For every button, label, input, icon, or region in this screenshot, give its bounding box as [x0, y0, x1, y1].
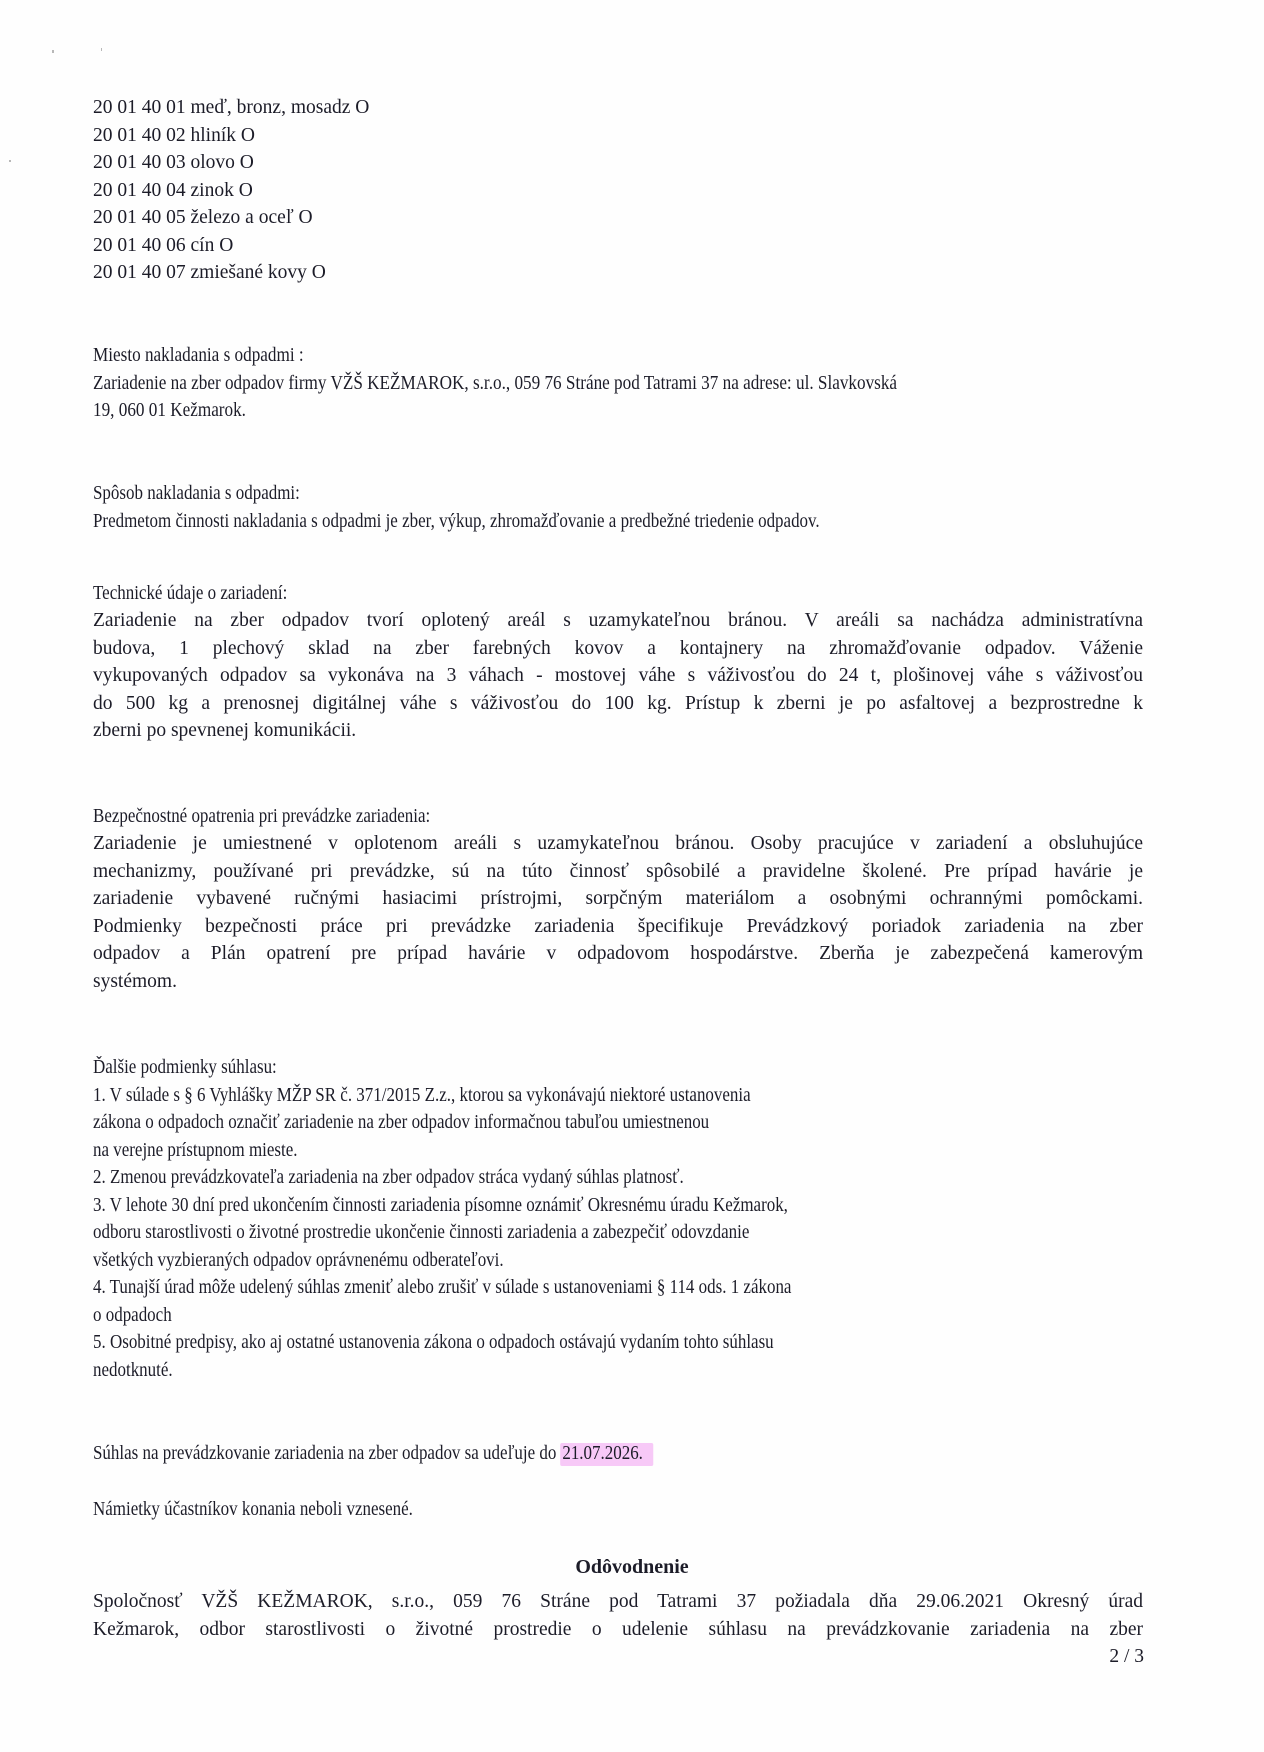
technical-line: budova, 1 plechový sklad na zber farebný…: [93, 635, 1143, 663]
technical-body: Zariadenie na zber odpadov tvorí oploten…: [93, 607, 1143, 745]
conditions-heading: Ďalšie podmienky súhlasu:: [93, 1054, 791, 1082]
technical-heading-wrap: Technické údaje o zariadení:: [93, 580, 316, 608]
technical-line: Zariadenie na zber odpadov tvorí oploten…: [93, 607, 1143, 635]
justification-heading: Odôvodnenie: [0, 1556, 1264, 1579]
validity-date-highlight: 21.07.2026.: [561, 1443, 654, 1466]
condition-line: 1. V súlade s § 6 Vyhlášky MŽP SR č. 371…: [93, 1082, 791, 1110]
condition-line: odboru starostlivosti o životné prostred…: [93, 1219, 791, 1247]
condition-line: o odpadoch: [93, 1302, 791, 1330]
method-text: Predmetom činnosti nakladania s odpadmi …: [93, 508, 820, 536]
scan-speck: [9, 160, 11, 162]
page-number: 2 / 3: [1109, 1646, 1144, 1668]
document-page: 20 01 40 01 meď, bronz, mosadz O 20 01 4…: [0, 0, 1264, 1752]
safety-body: Zariadenie je umiestnené v oplotenom are…: [93, 830, 1143, 995]
technical-line: do 500 kg a prenosnej digitálnej váhe s …: [93, 690, 1143, 718]
condition-line: na verejne prístupnom mieste.: [93, 1137, 791, 1165]
waste-code-item: 20 01 40 04 zinok O: [93, 177, 369, 205]
safety-line: Zariadenie je umiestnené v oplotenom are…: [93, 830, 1143, 858]
objections-statement: Námietky účastníkov konania neboli vznes…: [93, 1496, 461, 1524]
waste-code-list: 20 01 40 01 meď, bronz, mosadz O 20 01 4…: [93, 94, 369, 287]
conditions-section: Ďalšie podmienky súhlasu: 1. V súlade s …: [93, 1054, 896, 1384]
method-heading: Spôsob nakladania s odpadmi:: [93, 480, 820, 508]
safety-line: Podmienky bezpečnosti práce pri prevádzk…: [93, 913, 1143, 941]
waste-code-item: 20 01 40 01 meď, bronz, mosadz O: [93, 94, 369, 122]
safety-line: zariadenie vybavené ručnými hasiacimi pr…: [93, 885, 1143, 913]
location-line: 19, 060 01 Kežmarok.: [93, 397, 897, 425]
scan-speck: [52, 50, 54, 53]
technical-line: zberni po spevnenej komunikácii.: [93, 717, 1143, 745]
technical-line: vykupovaných odpadov sa vykonáva na 3 vá…: [93, 662, 1143, 690]
safety-heading-wrap: Bezpečnostné opatrenia pri prevádzke zar…: [93, 803, 481, 831]
method-section: Spôsob nakladania s odpadmi: Predmetom č…: [93, 480, 928, 535]
condition-line: 4. Tunajší úrad môže udelený súhlas zmen…: [93, 1274, 791, 1302]
waste-code-item: 20 01 40 06 cín O: [93, 232, 369, 260]
condition-line: 5. Osobitné predpisy, ako aj ostatné ust…: [93, 1329, 791, 1357]
condition-line: zákona o odpadoch označiť zariadenie na …: [93, 1109, 791, 1137]
justification-body: Spoločnosť VŽŠ KEŽMAROK, s.r.o., 059 76 …: [93, 1588, 1143, 1643]
condition-line: nedotknuté.: [93, 1357, 791, 1385]
safety-heading: Bezpečnostné opatrenia pri prevádzke zar…: [93, 803, 430, 831]
justification-line: Spoločnosť VŽŠ KEŽMAROK, s.r.o., 059 76 …: [93, 1588, 1143, 1616]
safety-line: systémom.: [93, 968, 1143, 996]
justification-line: Kežmarok, odbor starostlivosti o životné…: [93, 1616, 1143, 1644]
validity-statement: Súhlas na prevádzkovanie zariadenia na z…: [93, 1440, 737, 1468]
location-line: Zariadenie na zber odpadov firmy VŽŠ KEŽ…: [93, 370, 897, 398]
objections-text: Námietky účastníkov konania neboli vznes…: [93, 1499, 413, 1520]
safety-line: mechanizmy, používané pri prevádzke, sú …: [93, 858, 1143, 886]
waste-code-item: 20 01 40 02 hliník O: [93, 122, 369, 150]
waste-code-item: 20 01 40 03 olovo O: [93, 149, 369, 177]
location-section: Miesto nakladania s odpadmi : Zariadenie…: [93, 342, 1007, 425]
validity-text: Súhlas na prevádzkovanie zariadenia na z…: [93, 1443, 556, 1464]
waste-code-item: 20 01 40 07 zmiešané kovy O: [93, 259, 369, 287]
scan-speck: [101, 48, 102, 51]
waste-code-item: 20 01 40 05 železo a oceľ O: [93, 204, 369, 232]
condition-line: všetkých vyzbieraných odpadov oprávneném…: [93, 1247, 791, 1275]
location-heading: Miesto nakladania s odpadmi :: [93, 342, 897, 370]
condition-line: 2. Zmenou prevádzkovateľa zariadenia na …: [93, 1164, 791, 1192]
safety-line: odpadov a Plán opatrení pre prípad havár…: [93, 940, 1143, 968]
condition-line: 3. V lehote 30 dní pred ukončením činnos…: [93, 1192, 791, 1220]
technical-heading: Technické údaje o zariadení:: [93, 580, 287, 608]
